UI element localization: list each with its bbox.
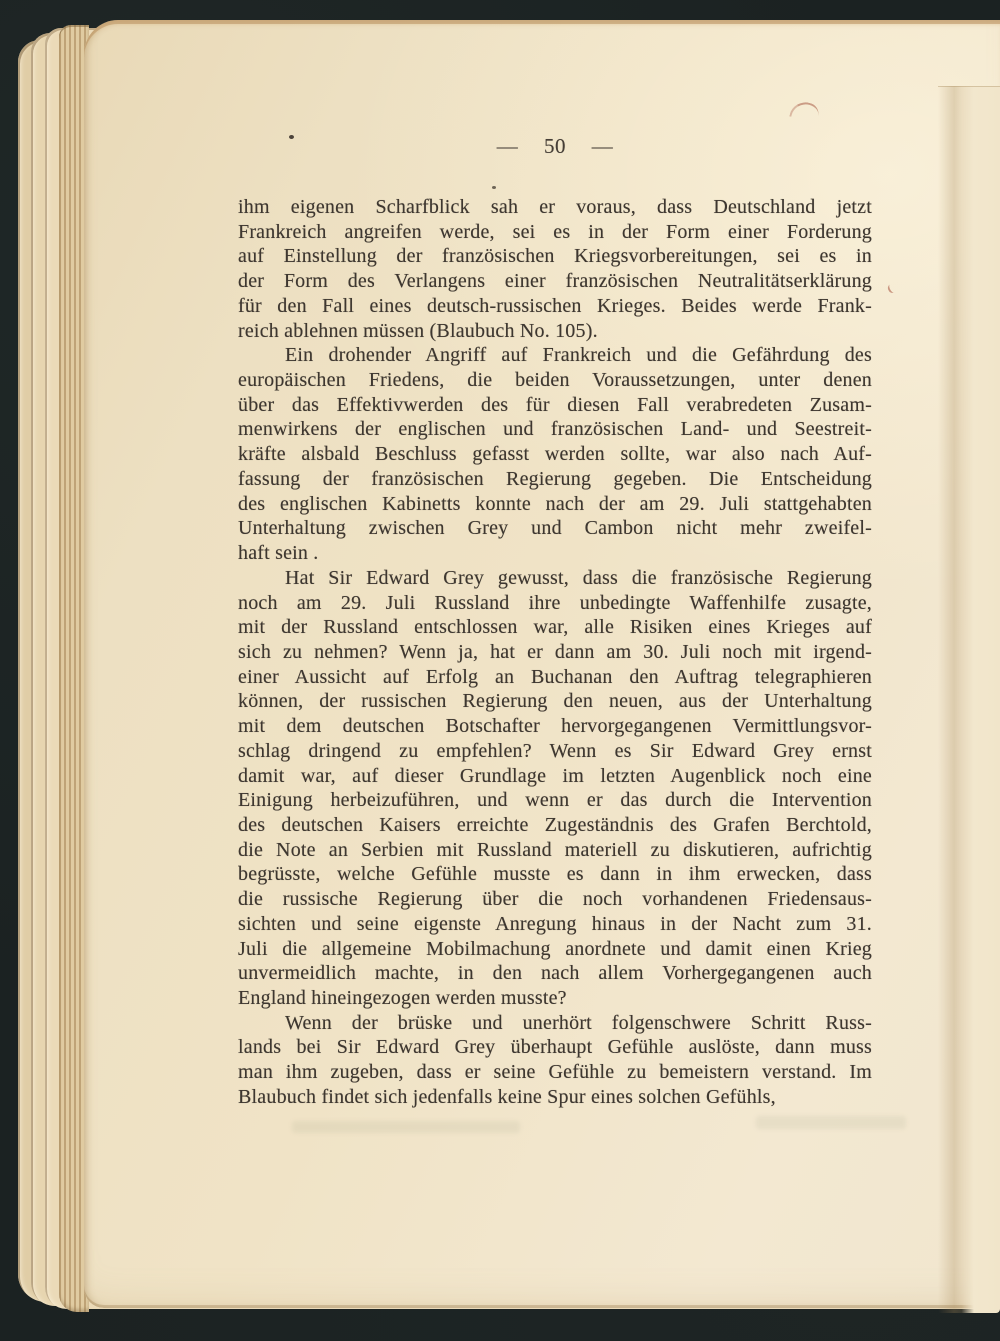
page-fold-gutter [938,86,1000,1313]
text-line: Ein drohender Angriff auf Frankreich und… [238,343,872,368]
text-line: begrüsste, welche Gefühle musste es dann… [238,862,872,887]
text-line: Blaubuch findet sich jedenfalls keine Sp… [238,1085,872,1110]
text-line: lands bei Sir Edward Grey überhaupt Gefü… [238,1035,872,1060]
page-content: — 50 — ihm eigenen Scharfblick sah er vo… [238,134,872,1110]
text-line: für den Fall eines deutsch-russischen Kr… [238,294,872,319]
text-line: mit dem deutschen Botschafter hervorgega… [238,714,872,739]
text-line: kräfte alsbald Beschluss gefasst werden … [238,442,872,467]
text-line: ihm eigenen Scharfblick sah er voraus, d… [238,195,872,220]
text-line: die Note an Serbien mit Russland materie… [238,838,872,863]
text-line: damit war, auf dieser Grundlage im letzt… [238,764,872,789]
text-line: Juli die allgemeine Mobilmachung anordne… [238,937,872,962]
text-line: des deutschen Kaisers erreichte Zugestän… [238,813,872,838]
text-line: haft sein . [238,541,872,566]
text-line: mit der Russland entschlossen war, alle … [238,615,872,640]
text-line: man ihm zugeben, dass er seine Gefühle z… [238,1060,872,1085]
text-line: die russische Regierung über die noch vo… [238,887,872,912]
paragraph: Hat Sir Edward Grey gewusst, dass die fr… [238,566,872,1011]
bleedthrough-smudge [756,1116,906,1129]
text-line: können, der russischen Regierung den neu… [238,689,872,714]
text-line: noch am 29. Juli Russland ihre unbedingt… [238,591,872,616]
text-line: schlag dringend zu empfehlen? Wenn es Si… [238,739,872,764]
text-line: reich ablehnen müssen (Blaubuch No. 105)… [238,319,872,344]
text-line: unvermeidlich machte, in den nach allem … [238,961,872,986]
text-line: menwirkens der englischen und französisc… [238,417,872,442]
text-line: über das Effektivwerden des für diesen F… [238,393,872,418]
paragraph: Wenn der brüske und unerhört folgenschwe… [238,1011,872,1110]
bleedthrough-smudge [292,1121,520,1133]
text-line: einer Aussicht auf Erfolg an Buchanan de… [238,665,872,690]
text-line: fassung der französischen Regierung gege… [238,467,872,492]
text-line: sich zu nehmen? Wenn ja, hat er dann am … [238,640,872,665]
text-line: Unterhaltung zwischen Grey und Cambon ni… [238,516,872,541]
text-line: Einigung herbeizuführen, und wenn er das… [238,788,872,813]
text-line: des englischen Kabinetts konnte nach der… [238,492,872,517]
text-line: sichten und seine eigenste Anregung hina… [238,912,872,937]
paragraph: Ein drohender Angriff auf Frankreich und… [238,343,872,565]
text-line: der Form des Verlangens einer französisc… [238,269,872,294]
paragraph: ihm eigenen Scharfblick sah er voraus, d… [238,195,872,343]
ink-speck [492,186,496,189]
text-line: Hat Sir Edward Grey gewusst, dass die fr… [238,566,872,591]
text-block: ihm eigenen Scharfblick sah er voraus, d… [238,195,872,1110]
text-line: europäischen Friedens, die beiden Voraus… [238,368,872,393]
page-number: — 50 — [238,134,872,174]
ink-speck [289,135,294,139]
text-line: auf Einstellung der französischen Kriegs… [238,244,872,269]
text-line: England hineingezogen werden musste? [238,986,872,1011]
text-line: Frankreich angreifen werde, sei es in de… [238,220,872,245]
text-line: Wenn der brüske und unerhört folgenschwe… [238,1011,872,1036]
